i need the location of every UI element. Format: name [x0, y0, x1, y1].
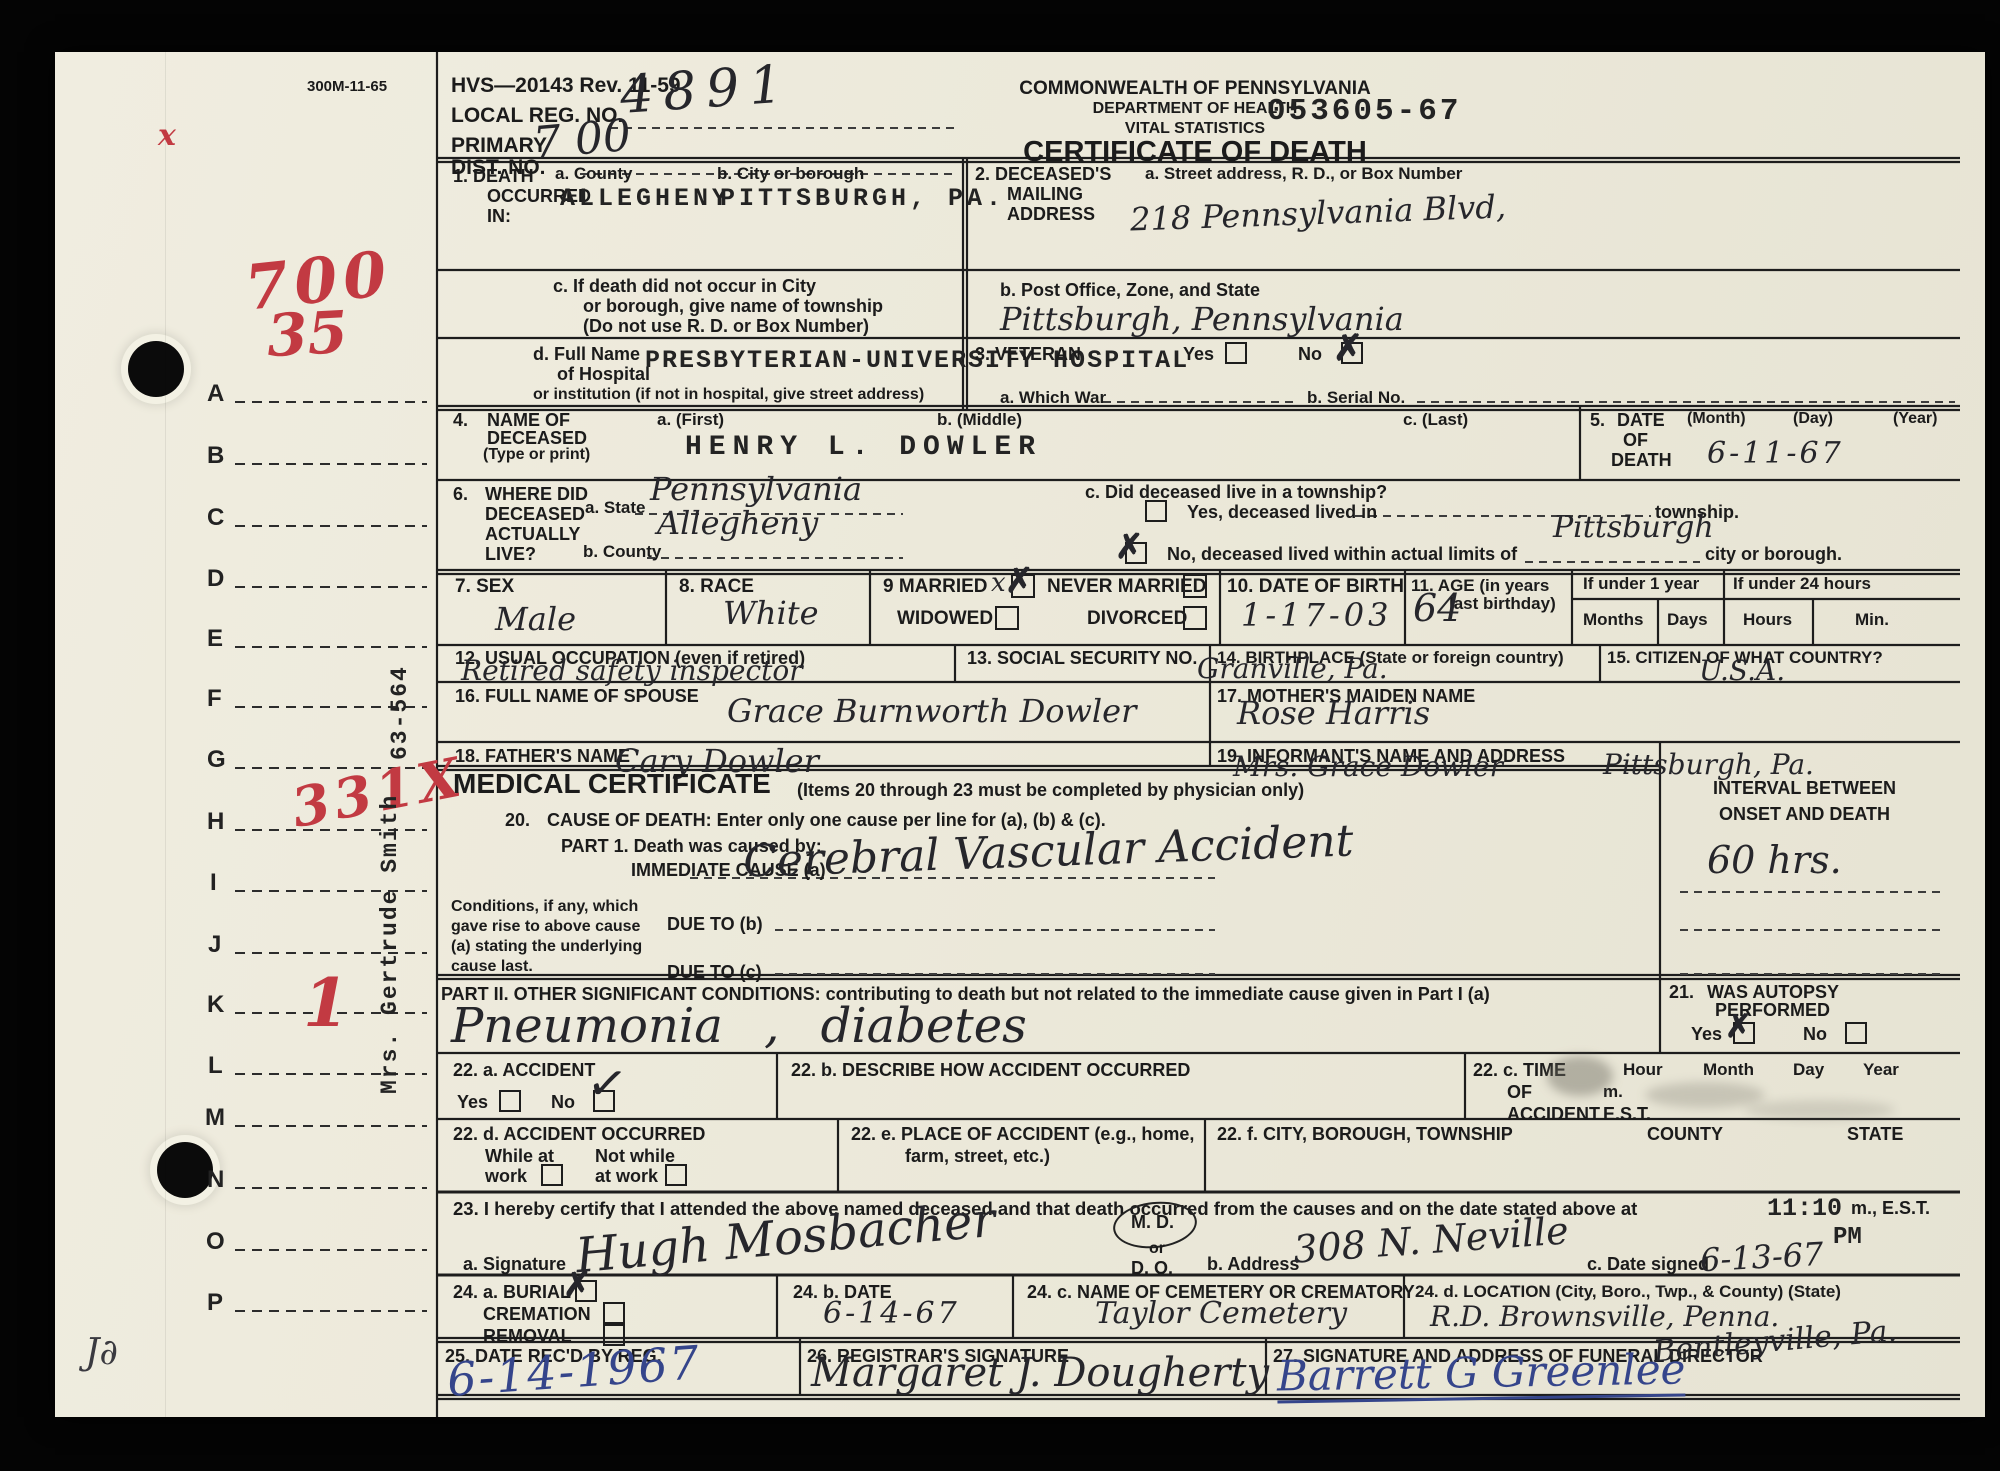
s5-label2: OF — [1623, 430, 1648, 451]
stub-letter: E — [207, 625, 223, 653]
s2b-label: b. Post Office, Zone, and State — [1000, 280, 1260, 301]
punch-hole-top — [128, 341, 184, 397]
s22d-atwork-label: at work — [595, 1166, 658, 1187]
certificate-stamp-number: 053605-67 — [1267, 94, 1461, 129]
s10-value: 1-17-03 — [1241, 596, 1392, 634]
s22d-notwhile-label: Not while — [595, 1146, 675, 1167]
married-hand-x: x — [991, 568, 1006, 598]
s6c-yes-text: Yes, deceased lived in — [1187, 502, 1377, 523]
s22a-yes-label: Yes — [457, 1092, 488, 1113]
stub-letter: A — [207, 380, 224, 408]
s3-war-label: a. Which War — [1000, 388, 1106, 408]
s22c-est-label: E.S.T. — [1603, 1104, 1651, 1125]
while-at-work-checkbox — [541, 1164, 563, 1186]
township-yes-checkbox — [1145, 500, 1167, 522]
s7-value: Male — [495, 600, 576, 638]
veteran-yes-checkbox — [1225, 342, 1247, 364]
s21-no-label: No — [1803, 1024, 1827, 1045]
s5-label3: DEATH — [1611, 450, 1672, 471]
s5-num: 5. — [1590, 410, 1605, 431]
ink-smudge — [1745, 1100, 1895, 1120]
s6c-label: c. Did deceased live in a township? — [1085, 482, 1387, 503]
stub-letter: C — [207, 504, 224, 532]
s24a-label: 24. a. BURIAL — [453, 1282, 571, 1303]
s22c-year-label: Year — [1863, 1060, 1899, 1080]
registrar-signature: Margaret J. Dougherty — [811, 1350, 1269, 1396]
interval-header2: ONSET AND DEATH — [1719, 804, 1890, 825]
under1-days-label: Days — [1667, 610, 1708, 630]
s12-value: Retired safety inspector — [461, 654, 803, 687]
s9-divorced-label: DIVORCED — [1087, 608, 1187, 630]
s23-time-stamp: 11:10 — [1767, 1194, 1842, 1223]
s22d-work-label: work — [485, 1166, 527, 1187]
s23-pm-stamp: PM — [1833, 1224, 1862, 1251]
ink-smudge — [1547, 1056, 1613, 1096]
s1d-label: d. Full Name — [533, 344, 640, 365]
s22f-county-label: COUNTY — [1647, 1124, 1723, 1145]
s7-label: 7. SEX — [455, 576, 514, 598]
s6-num: 6. — [453, 484, 468, 505]
s4a-label: a. (First) — [657, 410, 724, 430]
s20-due-b-label: DUE TO (b) — [667, 914, 763, 935]
s20a-interval-value: 60 hrs. — [1707, 838, 1842, 882]
burial-x-mark: ✗ — [563, 1268, 592, 1302]
stub-letter: O — [206, 1228, 225, 1256]
s1a-value: ALLEGHENY — [560, 184, 731, 213]
s11-value: 64 — [1413, 586, 1461, 630]
s6-label3: ACTUALLY — [485, 524, 580, 545]
s23-do-label: D. O. — [1131, 1258, 1173, 1279]
stub-typed-case-number: 63-564 — [387, 665, 413, 760]
medical-certificate-title: MEDICAL CERTIFICATE — [453, 768, 771, 800]
s2-label3: ADDRESS — [1007, 204, 1095, 225]
s6b-value: Allegheny — [657, 504, 818, 542]
s1-label3: IN: — [487, 206, 511, 227]
s1c-line1: c. If death did not occur in City — [553, 276, 816, 297]
s6a-value: Pennsylvania — [650, 470, 862, 508]
township-no-x-mark: ✗ — [1115, 530, 1144, 564]
s22e-label: 22. e. PLACE OF ACCIDENT (e.g., home, — [851, 1124, 1194, 1145]
s1c-line2: or borough, give name of township — [583, 296, 883, 317]
s24a-cremation-label: CREMATION — [483, 1304, 591, 1325]
s1d-label2: of Hospital — [557, 364, 650, 385]
s24a-removal-label: REMOVAL — [483, 1326, 572, 1347]
stub-letter: B — [207, 442, 224, 470]
s1b-value: PITTSBURGH, PA. — [720, 184, 1005, 213]
not-while-at-work-checkbox — [665, 1164, 687, 1186]
s22b-label: 22. b. DESCRIBE HOW ACCIDENT OCCURRED — [791, 1060, 1190, 1081]
s6c-no-text: No, deceased lived within actual limits … — [1167, 544, 1517, 565]
stub-letter: N — [207, 1166, 224, 1194]
s20-due-c-label: DUE TO (c) — [667, 962, 762, 983]
s6-label: WHERE DID — [485, 484, 588, 505]
s15-value: U.S.A. — [1699, 654, 1785, 687]
veteran-no-x-mark: ✗ — [1333, 330, 1363, 366]
s1c-line3: (Do not use R. D. or Box Number) — [583, 316, 869, 337]
ink-smudge — [1645, 1082, 1765, 1108]
s4b-label: b. (Middle) — [937, 410, 1022, 430]
s4c-label: c. (Last) — [1403, 410, 1468, 430]
s5-label: DATE — [1617, 410, 1665, 431]
s23-signature-label: a. Signature — [463, 1254, 566, 1275]
stub-crease — [165, 52, 166, 1417]
s23-date-signed-label: c. Date signed — [1587, 1254, 1709, 1275]
under1-months-label: Months — [1583, 610, 1643, 630]
s6c-no-value: Pittsburgh — [1553, 510, 1714, 545]
s6b-label: b. County — [583, 542, 661, 562]
local-reg-value: 4891 — [618, 54, 794, 126]
red-x-mark: x — [158, 118, 176, 153]
s19-value: Mrs. Grace Dowler — [1233, 750, 1503, 783]
s2a-label: a. Street address, R. D., or Box Number — [1145, 164, 1462, 184]
s22a-no-label: No — [551, 1092, 575, 1113]
widowed-checkbox — [995, 606, 1019, 630]
s3-label: 3. VETERAN — [975, 344, 1081, 365]
s20-conditions-note1: Conditions, if any, which — [451, 898, 638, 916]
certificate-paper: A B C D E F G H I J K L M N O P x 700 35… — [55, 52, 1985, 1417]
stub-letter: F — [207, 685, 222, 713]
s1b-label: b. City or borough — [717, 164, 864, 184]
s5-value: 6-11-67 — [1707, 436, 1844, 471]
stub-print-code: 300M-11-65 — [307, 78, 387, 95]
s22c-of-label: OF — [1507, 1082, 1532, 1103]
under1-header: If under 1 year — [1583, 574, 1699, 594]
s2-label: 2. DECEASED'S — [975, 164, 1111, 185]
stub-letter: M — [205, 1104, 225, 1132]
s1d-value: PRESBYTERIAN-UNIVERSITY HOSPITAL — [645, 346, 1189, 375]
s23-md-label: M. D. — [1131, 1212, 1174, 1233]
s21-num: 21. — [1669, 982, 1694, 1003]
s24d-label: 24. d. LOCATION (City, Boro., Twp., & Co… — [1415, 1282, 1841, 1302]
s19-value2: Pittsburgh, Pa. — [1603, 748, 1814, 781]
s9-widowed-label: WIDOWED — [897, 608, 993, 630]
s2-label2: MAILING — [1007, 184, 1083, 205]
accident-yes-checkbox — [499, 1090, 521, 1112]
s20-conditions-note3: (a) stating the underlying — [451, 938, 642, 956]
funeral-director-signature: Barrett G Greenlee — [1277, 1344, 1686, 1403]
s3-no-label: No — [1298, 344, 1322, 365]
s8-value: White — [723, 594, 819, 632]
s22c-month-label: Month — [1703, 1060, 1754, 1080]
s16-value: Grace Burnworth Dowler — [727, 692, 1136, 730]
s22d-label: 22. d. ACCIDENT OCCURRED — [453, 1124, 705, 1145]
s20-conditions-note2: gave rise to above cause — [451, 918, 640, 936]
s16-label: 16. FULL NAME OF SPOUSE — [455, 686, 699, 707]
s23-address-label: b. Address — [1207, 1254, 1299, 1275]
s3-serial-label: b. Serial No. — [1307, 388, 1405, 408]
stub-typed-name: Mrs. Gertrude Smith — [377, 794, 403, 1094]
s23-date-signed-value: 6-13-67 — [1699, 1235, 1824, 1279]
s21-yes-label: Yes — [1691, 1024, 1722, 1045]
s4-value: HENRY L. DOWLER — [685, 432, 1042, 463]
s11-label2: last birthday) — [1449, 594, 1556, 614]
cremation-checkbox — [603, 1302, 625, 1324]
stub-letter: P — [207, 1289, 223, 1317]
s22c-accident-label: ACCIDENT — [1507, 1104, 1600, 1125]
s5-month-label: (Month) — [1687, 410, 1746, 428]
s20-conditions-note4: cause last. — [451, 958, 533, 976]
married-x-mark: ✗ — [1005, 564, 1034, 598]
under24-hours-label: Hours — [1743, 610, 1792, 630]
red-number-1: 1 — [303, 964, 349, 1042]
s14-value: Granville, Pa. — [1197, 652, 1388, 685]
accident-no-check-mark: ✓ — [584, 1057, 631, 1110]
s6-label2: DECEASED — [485, 504, 585, 525]
s4-num: 4. — [453, 410, 468, 431]
red-number-35: 35 — [265, 298, 349, 370]
stub-letter: L — [208, 1052, 223, 1080]
divorced-checkbox — [1183, 606, 1207, 630]
s9-married-label: 9 MARRIED — [883, 576, 988, 598]
stub-letter: K — [207, 991, 224, 1019]
under24-min-label: Min. — [1855, 610, 1889, 630]
stub-letter: I — [210, 869, 217, 897]
s22c-hour-label: Hour — [1623, 1060, 1663, 1080]
stub-letter: G — [207, 746, 226, 774]
s24c-value: Taylor Cemetery — [1095, 1296, 1347, 1331]
s17-value: Rose Harris — [1237, 694, 1430, 732]
s20-num: 20. — [505, 810, 530, 831]
s3-yes-label: Yes — [1183, 344, 1214, 365]
s24b-value: 6-14-67 — [823, 1296, 960, 1331]
s23-or-label: or — [1149, 1240, 1165, 1258]
s5-year-label: (Year) — [1893, 410, 1937, 428]
scanned-death-certificate: A B C D E F G H I J K L M N O P x 700 35… — [0, 0, 2000, 1471]
s1d-note: or institution (if not in hospital, give… — [533, 386, 924, 404]
primary-dist-value: 7 00 — [531, 110, 633, 169]
s22a-label: 22. a. ACCIDENT — [453, 1060, 595, 1081]
s6-label4: LIVE? — [485, 544, 536, 565]
medical-certificate-subtitle: (Items 20 through 23 must be completed b… — [797, 780, 1304, 801]
s6c-city-text: city or borough. — [1705, 544, 1842, 565]
s10-label: 10. DATE OF BIRTH — [1227, 576, 1404, 598]
s4-label3: (Type or print) — [483, 446, 590, 464]
s22e-label2: farm, street, etc.) — [905, 1146, 1050, 1167]
autopsy-yes-x-mark: ✗ — [1725, 1010, 1752, 1042]
stub-letter: H — [207, 808, 224, 836]
s23-m-est-label: m., E.S.T. — [1851, 1198, 1930, 1219]
autopsy-no-checkbox — [1845, 1022, 1867, 1044]
interval-header: INTERVAL BETWEEN — [1713, 778, 1896, 799]
s22c-day-label: Day — [1793, 1060, 1824, 1080]
never-married-checkbox — [1183, 574, 1207, 598]
part2-value: Pneumonia , diabetes — [451, 998, 1027, 1054]
s5-day-label: (Day) — [1793, 410, 1833, 428]
stub-letter: D — [207, 565, 224, 593]
s18-label: 18. FATHER'S NAME — [455, 746, 630, 767]
under24-header: If under 24 hours — [1733, 574, 1871, 594]
pencil-note: J∂ — [85, 1332, 118, 1373]
s22f-label: 22. f. CITY, BOROUGH, TOWNSHIP — [1217, 1124, 1513, 1145]
s22f-state-label: STATE — [1847, 1124, 1903, 1145]
s1a-label: a. County — [555, 164, 632, 184]
s13-label: 13. SOCIAL SECURITY NO. — [967, 648, 1197, 669]
stub-letter: J — [208, 931, 221, 959]
s6a-label: a. State — [585, 498, 645, 518]
s1-label: 1. DEATH — [453, 166, 534, 187]
